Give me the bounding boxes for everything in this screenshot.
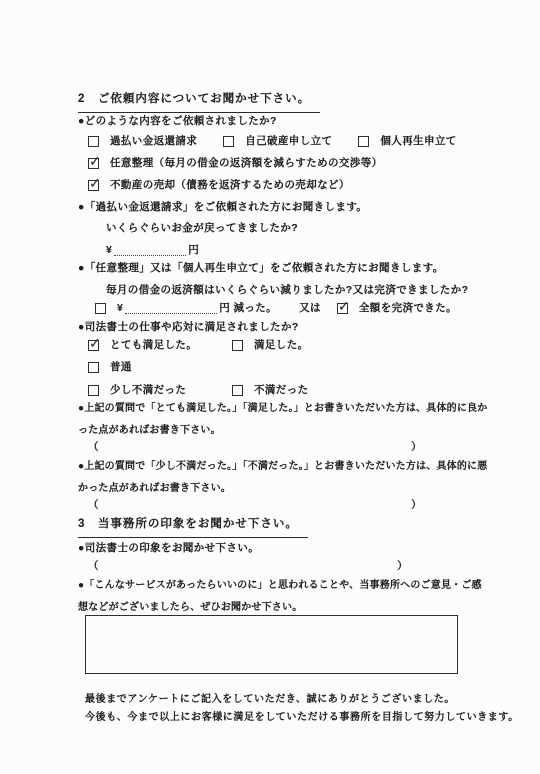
checkbox-bit-dissatisfied[interactable] — [88, 385, 99, 396]
question-kabarai: ●「過払い金返還請求」をご依頼された方にお聞きします。 — [78, 197, 367, 218]
paren-close: ） — [397, 556, 408, 577]
section2-heading: 2 ご依頼内容についてお聞かせ下さい。 — [78, 89, 320, 113]
checkbox-normal[interactable] — [88, 362, 99, 373]
comment-box[interactable] — [85, 615, 458, 674]
checkbox-fudosan-baikyaku[interactable] — [88, 180, 99, 191]
checkbox-satisfied[interactable] — [232, 340, 243, 351]
satisfaction-row1: とても満足した。 満足した。 — [88, 335, 309, 356]
reduced-suffix: 円 減った。 — [219, 298, 277, 319]
question-service-ideas: ●「こんなサービスがあったらいいのに」と思われることや、当事務所へのご意見・ご感… — [78, 575, 498, 619]
checkbox-very-satisfied[interactable] — [88, 340, 99, 351]
checkbox-jiko-hasan[interactable] — [223, 136, 234, 147]
checkbox-reduced[interactable] — [95, 303, 106, 314]
option-label: 過払い金返還請求 — [110, 131, 197, 152]
questionnaire-page: 2 ご依頼内容についてお聞かせ下さい。 ●どのような内容をご依頼されましたか? … — [0, 0, 540, 774]
closing-message: 最後までアンケートにご記入をしていただき、誠にありがとうございました。今後も、今… — [85, 691, 519, 726]
option-fudosan-baikyaku[interactable]: 不動産の売却（債務を返済するための売却など） — [88, 175, 350, 196]
option-label: 任意整理（毎月の借金の返済額を減らすための交渉等） — [110, 153, 383, 174]
checkbox-kojin-saisei[interactable] — [358, 136, 369, 147]
question-request-type: ●どのような内容をご依頼されましたか? — [78, 111, 277, 132]
or-label: 又は — [299, 298, 321, 319]
closing-line2: 今後も、今まで以上にお客様に満足をしていただける事務所を目指して努力していきます… — [85, 712, 519, 723]
paren-close: ） — [411, 495, 422, 516]
full-repaid-label: 全額を完済できた。 — [359, 298, 457, 319]
checkbox-kabarai-seikyu[interactable] — [88, 136, 99, 147]
section3-heading: 3 当事務所の印象をお聞かせ下さい。 — [78, 514, 308, 538]
option-normal[interactable]: 普通 — [88, 357, 132, 378]
option-very-satisfied[interactable]: とても満足した。 — [88, 335, 232, 356]
paren-open: （ — [88, 556, 99, 577]
yen-prefix: ¥ — [117, 298, 123, 319]
paren-close: ） — [411, 437, 422, 458]
bad-points-answer-line[interactable]: （ ） — [88, 495, 422, 516]
option-kabarai-seikyu[interactable]: 過払い金返還請求 — [88, 131, 197, 152]
option-jiko-hasan[interactable]: 自己破産申し立て — [223, 131, 332, 152]
request-type-row1: 過払い金返還請求 自己破産申し立て 個人再生申立て — [88, 131, 457, 152]
question-kabarai-sub: いくらぐらいお金が戻ってきましたか? — [106, 218, 298, 239]
amount-fill-line[interactable] — [114, 246, 186, 256]
question-good-points: ●上記の質問で「とても満足した。」「満足した。」とお書きいただいた方は、具体的に… — [78, 398, 498, 442]
option-label: 自己破産申し立て — [245, 131, 332, 152]
checkbox-dissatisfied[interactable] — [232, 385, 243, 396]
option-satisfied[interactable]: 満足した。 — [232, 335, 309, 356]
closing-line1: 最後までアンケートにご記入をしていただき、誠にありがとうございました。 — [85, 694, 455, 705]
question-nini: ●「任意整理」又は「個人再生申立て」をご依頼された方にお聞きします。 — [78, 258, 444, 279]
option-label: 普通 — [110, 357, 132, 378]
option-label: 個人再生申立て — [380, 131, 456, 152]
option-nini-seiri[interactable]: 任意整理（毎月の借金の返済額を減らすための交渉等） — [88, 153, 383, 174]
option-label: とても満足した。 — [110, 335, 197, 356]
question-bad-points: ●上記の質問で「少し不満だった。」「不満だった。」とお書きいただいた方は、具体的… — [78, 456, 498, 500]
paren-open: （ — [88, 495, 99, 516]
nini-answer-row: ¥ 円 減った。 又は 全額を完済できた。 — [95, 298, 457, 319]
checkbox-nini-seiri[interactable] — [88, 158, 99, 169]
impression-answer-line[interactable]: （ ） — [88, 556, 408, 577]
good-points-answer-line[interactable]: （ ） — [88, 437, 422, 458]
reduced-amount-fill-line[interactable] — [125, 304, 217, 314]
option-label: 不動産の売却（債務を返済するための売却など） — [110, 175, 350, 196]
checkbox-full-repaid[interactable] — [337, 303, 348, 314]
option-label: 満足した。 — [254, 335, 309, 356]
paren-open: （ — [88, 437, 99, 458]
option-kojin-saisei[interactable]: 個人再生申立て — [358, 131, 456, 152]
